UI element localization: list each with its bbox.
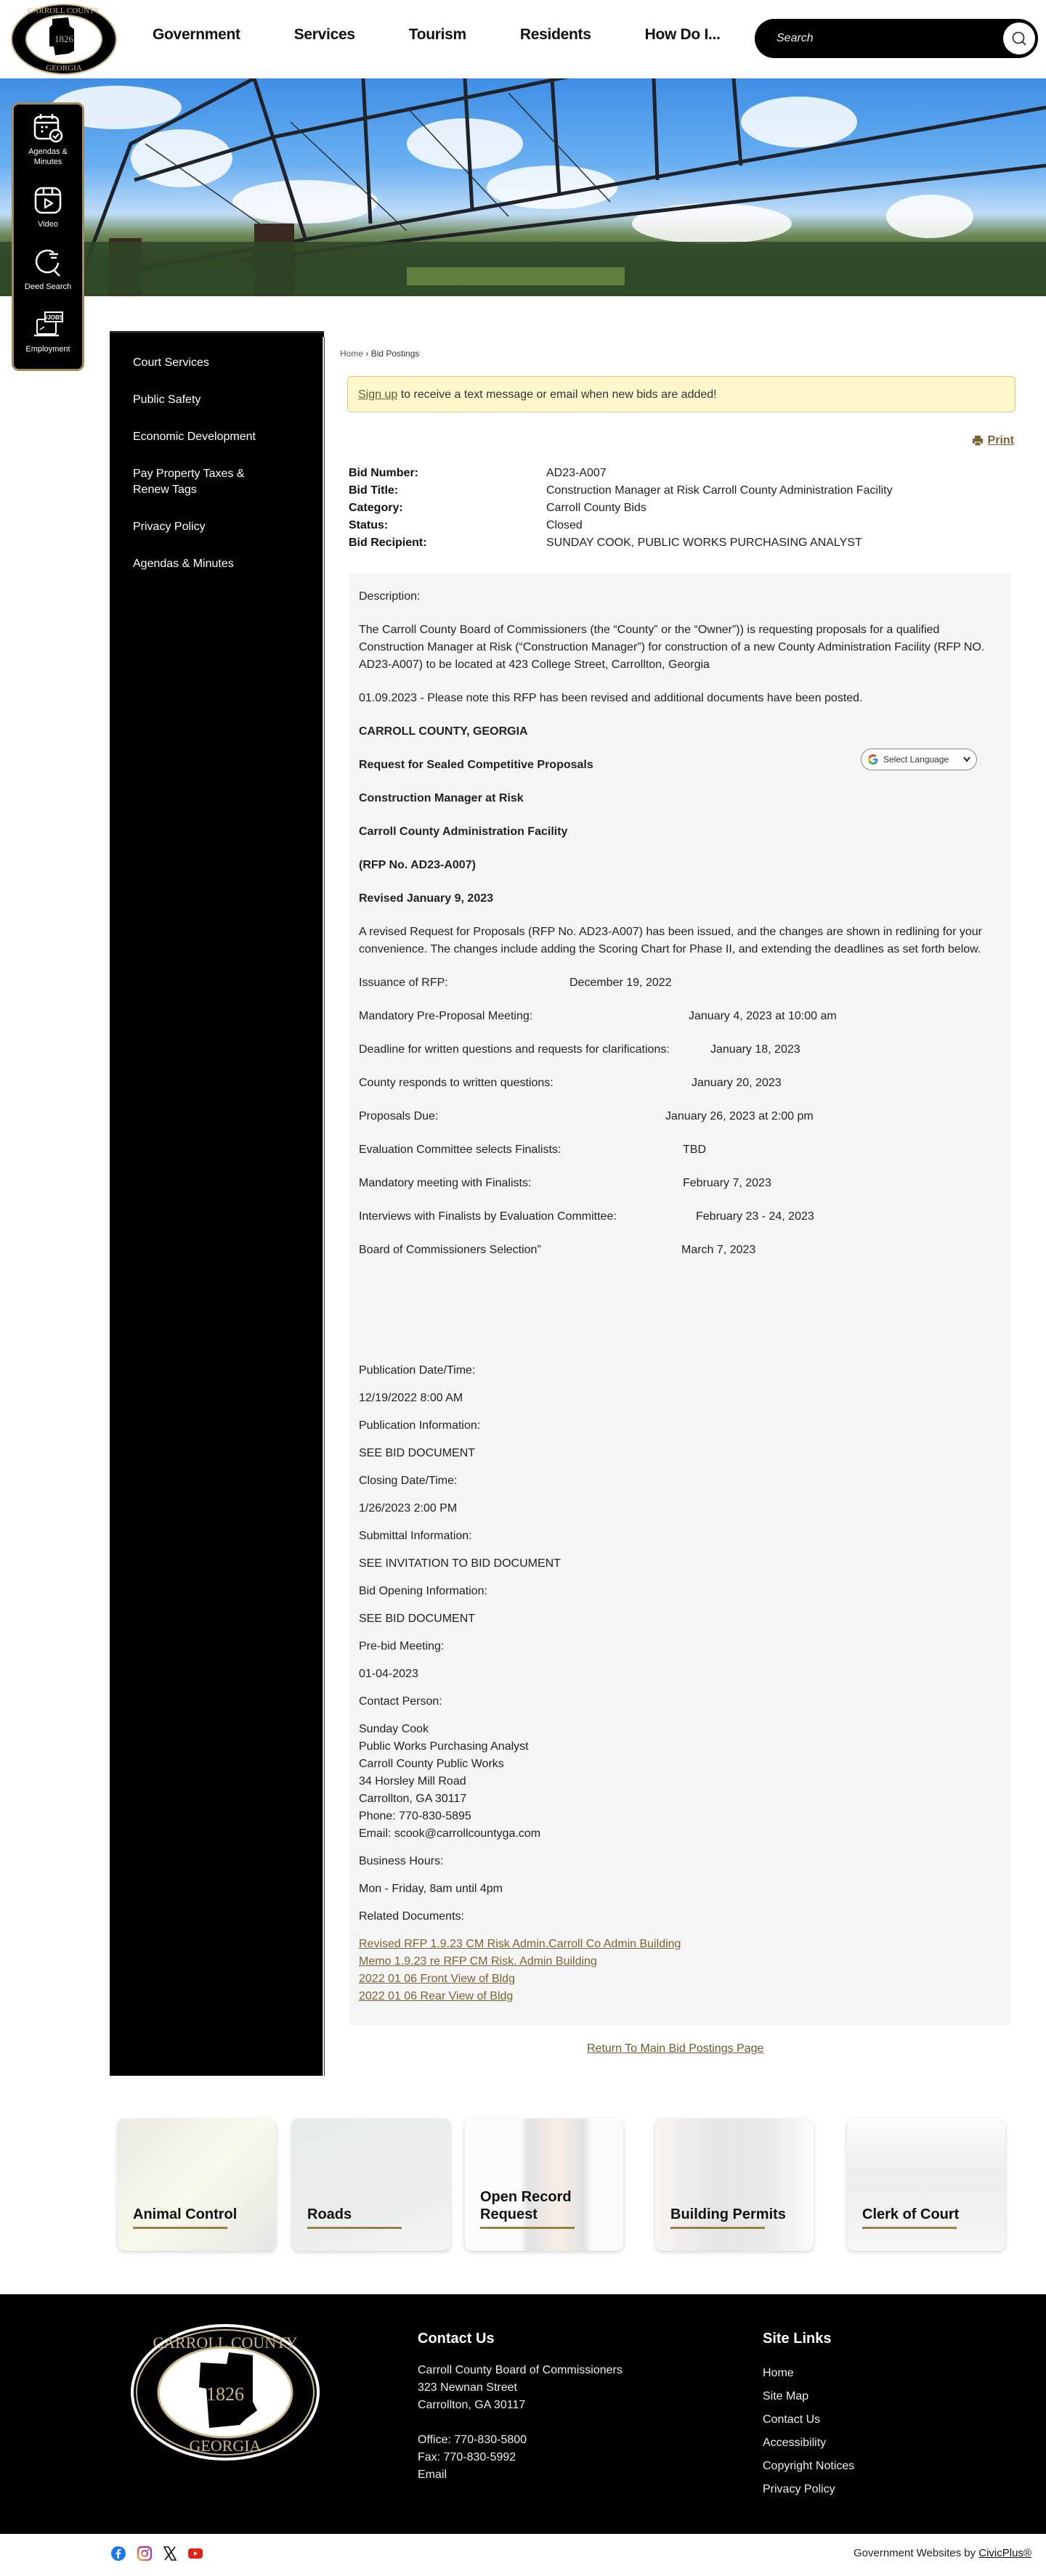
alert-text: to receive a text message or email when …	[397, 388, 716, 401]
schedule-value: January 26, 2023 at 2:00 pm	[665, 1108, 814, 1125]
schedule-value: March 7, 2023	[681, 1242, 755, 1259]
description-label: Description:	[359, 588, 1001, 606]
bid-field-row: Bid Title:Construction Manager at Risk C…	[349, 482, 1017, 500]
bid-field-row: Bid Recipient:SUNDAY COOK, PUBLIC WORKS …	[349, 534, 1017, 552]
schedule-value: February 23 - 24, 2023	[696, 1208, 814, 1226]
pre-bid-meeting-label: Pre-bid Meeting:	[359, 1638, 1001, 1655]
breadcrumb-home[interactable]: Home	[340, 349, 363, 359]
footer-link-contact-us[interactable]: Contact Us	[763, 2408, 854, 2432]
heading-revised-date: Revised January 9, 2023	[359, 890, 1001, 908]
schedule-value: January 4, 2023 at 10:00 am	[689, 1008, 837, 1025]
nav-government[interactable]: Government	[153, 26, 240, 44]
bottom-bar: Government Websites by CivicPlus®	[0, 2534, 1046, 2576]
spacer	[418, 2414, 623, 2432]
breadcrumb-current: Bid Postings	[371, 349, 420, 359]
print-button[interactable]: Print	[972, 434, 1014, 447]
tile-open-record-request[interactable]: Open Record Request	[465, 2119, 623, 2251]
contact-department: Carroll County Public Works	[359, 1756, 1001, 1773]
county-seal-logo[interactable]: 1826 CARROLL COUNTY GEORGIA	[10, 3, 118, 76]
field-label: Bid Title:	[349, 482, 546, 500]
contact-title: Public Works Purchasing Analyst	[359, 1738, 1001, 1756]
search-icon	[1011, 30, 1027, 46]
sidebar-nav: Court Services Public Safety Economic De…	[110, 331, 324, 2076]
schedule-value: January 18, 2023	[710, 1041, 800, 1059]
breadcrumb: Home › Bid Postings	[340, 349, 1015, 359]
publication-date-value: 12/19/2022 8:00 AM	[359, 1390, 1001, 1407]
tile-underline	[307, 2227, 402, 2229]
site-links-heading: Site Links	[763, 2331, 854, 2347]
search-input[interactable]	[777, 29, 980, 48]
site-header: 1826 CARROLL COUNTY GEORGIA Government S…	[0, 0, 1046, 78]
description-intro: The Carroll County Board of Commissioner…	[359, 621, 1001, 674]
tile-roads[interactable]: Roads	[292, 2119, 450, 2251]
sidebar-item-agendas-minutes[interactable]: Agendas & Minutes	[110, 556, 324, 572]
schedule-label: Board of Commissioners Selection”	[359, 1242, 681, 1259]
contact-city: Carrollton, GA 30117	[418, 2397, 623, 2414]
contact-person-label: Contact Person:	[359, 1693, 1001, 1711]
bid-field-row: Category:Carroll County Bids	[349, 500, 1017, 517]
business-hours-label: Business Hours:	[359, 1853, 1001, 1870]
schedule-label: County responds to written questions:	[359, 1075, 692, 1092]
schedule-row: Issuance of RFP:December 19, 2022	[359, 974, 1001, 992]
powered-prefix: Government Websites by	[854, 2547, 978, 2559]
contact-person-details: Sunday Cook Public Works Purchasing Anal…	[359, 1721, 1001, 1843]
video-play-icon	[32, 184, 64, 216]
bid-field-row: Bid Number:AD23-A007	[349, 465, 1017, 482]
bid-number-value: AD23-A007	[546, 465, 607, 482]
svg-text:1826: 1826	[54, 33, 74, 44]
contact-email: Email: scook@carrollcountyga.com	[359, 1825, 1001, 1843]
instagram-icon[interactable]	[137, 2546, 153, 2561]
tile-clerk-of-court[interactable]: Clerk of Court	[847, 2119, 1005, 2251]
schedule-row: Board of Commissioners Selection”March 7…	[359, 1242, 1001, 1259]
contact-fax: Fax: 770-830-5992	[418, 2449, 623, 2466]
schedule-row: County responds to written questions:Jan…	[359, 1075, 1001, 1092]
contact-street: 323 Newnan Street	[418, 2379, 623, 2397]
youtube-icon[interactable]	[187, 2546, 203, 2561]
contact-heading: Contact Us	[418, 2331, 623, 2347]
tile-underline	[480, 2227, 575, 2229]
tile-animal-control[interactable]: Animal Control	[118, 2119, 276, 2251]
schedule-label: Proposals Due:	[359, 1108, 665, 1125]
document-link[interactable]: 2022 01 06 Rear View of Bldg	[359, 1988, 1001, 2005]
revision-text: A revised Request for Proposals (RFP No.…	[359, 924, 1001, 958]
schedule-value: December 19, 2022	[569, 974, 672, 992]
main-content: Home › Bid Postings Sign up to receive a…	[340, 349, 1015, 412]
document-link[interactable]: Revised RFP 1.9.23 CM Risk Admin.Carroll…	[359, 1936, 1001, 1953]
schedule-label: Issuance of RFP:	[359, 974, 569, 992]
return-to-bid-postings-link[interactable]: Return To Main Bid Postings Page	[587, 2042, 763, 2055]
nav-tourism[interactable]: Tourism	[409, 26, 466, 44]
contact-city: Carrollton, GA 30117	[359, 1790, 1001, 1808]
field-label: Bid Number:	[349, 465, 546, 482]
category-value: Carroll County Bids	[546, 500, 646, 517]
jobs-laptop-icon: #JOBS	[32, 309, 64, 341]
tile-underline	[862, 2227, 957, 2229]
quick-link-label: Employment	[25, 345, 70, 354]
schedule-row: Evaluation Committee selects Finalists:T…	[359, 1141, 1001, 1159]
sidebar-item-privacy-policy[interactable]: Privacy Policy	[110, 519, 324, 535]
quick-link-label: Agendas & Minutes	[28, 147, 68, 166]
document-link[interactable]: 2022 01 06 Front View of Bldg	[359, 1970, 1001, 1988]
sidebar-item-economic-development[interactable]: Economic Development	[110, 429, 324, 445]
svg-text:GEORGIA: GEORGIA	[46, 64, 82, 73]
social-links	[110, 2546, 203, 2561]
powered-by: Government Websites by CivicPlus®	[854, 2547, 1031, 2559]
schedule-value: February 7, 2023	[683, 1175, 771, 1192]
publication-info-label: Publication Information:	[359, 1417, 1001, 1435]
tile-title: Building Permits	[670, 2206, 801, 2223]
heading-rfp-number: (RFP No. AD23-A007)	[359, 857, 1001, 874]
business-hours-value: Mon - Friday, 8am until 4pm	[359, 1880, 1001, 1898]
schedule-label: Deadline for written questions and reque…	[359, 1041, 710, 1059]
svg-text:1826: 1826	[206, 2384, 244, 2405]
svg-text:CARROLL COUNTY: CARROLL COUNTY	[153, 2334, 297, 2352]
breadcrumb-separator: ›	[365, 349, 368, 359]
status-value: Closed	[546, 517, 583, 534]
schedule-value: January 20, 2023	[692, 1075, 782, 1092]
footer-link-privacy[interactable]: Privacy Policy	[763, 2478, 854, 2501]
footer-link-copyright[interactable]: Copyright Notices	[763, 2455, 854, 2478]
footer-link-site-map[interactable]: Site Map	[763, 2385, 854, 2408]
x-icon[interactable]	[163, 2546, 177, 2561]
nav-residents[interactable]: Residents	[520, 26, 591, 44]
site-footer: 1826 CARROLL COUNTY GEORGIA Contact Us C…	[0, 2294, 1046, 2534]
heading-cm-risk: Construction Manager at Risk	[359, 790, 1001, 807]
schedule-label: Interviews with Finalists by Evaluation …	[359, 1208, 696, 1226]
civicplus-link[interactable]: CivicPlus®	[978, 2547, 1031, 2559]
quick-links-panel: Agendas & Minutes Video Deed Search #JOB…	[12, 102, 84, 371]
svg-text:GEORGIA: GEORGIA	[190, 2437, 261, 2455]
closing-date-label: Closing Date/Time:	[359, 1472, 1001, 1490]
facebook-icon[interactable]	[110, 2546, 126, 2561]
quick-link-label: Video	[38, 220, 58, 229]
schedule-row: Mandatory meeting with Finalists:Februar…	[359, 1175, 1001, 1192]
contact-name: Sunday Cook	[359, 1721, 1001, 1738]
hero-banner-bridge-image	[0, 78, 1046, 296]
bid-field-row: Status:Closed	[349, 517, 1017, 534]
deed-search-icon	[32, 247, 64, 279]
chevron-down-icon	[963, 757, 970, 762]
submittal-info-label: Submittal Information:	[359, 1528, 1001, 1545]
svg-text:CARROLL COUNTY: CARROLL COUNTY	[28, 7, 100, 15]
sidebar-item-public-safety[interactable]: Public Safety	[110, 392, 324, 408]
publication-date-label: Publication Date/Time:	[359, 1362, 1001, 1379]
schedule-row: Interviews with Finalists by Evaluation …	[359, 1208, 1001, 1226]
nav-services[interactable]: Services	[294, 26, 355, 44]
contact-email-link[interactable]: Email	[418, 2466, 623, 2484]
footer-contact: Contact Us Carroll County Board of Commi…	[418, 2331, 623, 2484]
tile-title: Open Record Request	[480, 2188, 611, 2223]
main-nav: Government Services Tourism Residents Ho…	[153, 26, 774, 44]
tile-underline	[670, 2227, 765, 2229]
print-label: Print	[988, 434, 1014, 447]
schedule-label: Mandatory Pre-Proposal Meeting:	[359, 1008, 689, 1025]
signup-alert: Sign up to receive a text message or ema…	[347, 376, 1015, 412]
sidebar-item-pay-property-taxes[interactable]: Pay Property Taxes & Renew Tags	[110, 466, 255, 498]
schedule-row: Proposals Due:January 26, 2023 at 2:00 p…	[359, 1108, 1001, 1125]
schedule-row: Deadline for written questions and reque…	[359, 1041, 1001, 1059]
select-language-label: Select Language	[883, 754, 963, 765]
nav-how-do-i[interactable]: How Do I...	[645, 26, 721, 44]
printer-icon	[972, 435, 984, 447]
closing-date-value: 1/26/2023 2:00 PM	[359, 1500, 1001, 1517]
tile-title: Animal Control	[133, 2206, 264, 2223]
bid-title-value: Construction Manager at Risk Carroll Cou…	[546, 482, 893, 500]
sidebar-divider	[322, 337, 325, 2076]
description-note: 01.09.2023 - Please note this RFP has be…	[359, 690, 1001, 707]
field-label: Bid Recipient:	[349, 534, 546, 552]
schedule-value: TBD	[683, 1141, 706, 1159]
contact-org: Carroll County Board of Commissioners	[418, 2362, 623, 2379]
quick-link-agendas[interactable]: Agendas & Minutes	[14, 112, 82, 167]
pre-bid-meeting-value: 01-04-2023	[359, 1666, 1001, 1683]
search-button[interactable]	[1003, 23, 1035, 54]
description-panel: Description: The Carroll County Board of…	[349, 574, 1011, 2026]
sidebar-item-court-services[interactable]: Court Services	[110, 355, 324, 371]
signup-link[interactable]: Sign up	[358, 388, 397, 401]
footer-link-home[interactable]: Home	[763, 2362, 854, 2385]
heading-facility: Carroll County Administration Facility	[359, 823, 1001, 841]
quick-link-deed-search[interactable]: Deed Search	[14, 247, 82, 292]
contact-office-phone: Office: 770-830-5800	[418, 2432, 623, 2449]
spacer	[359, 1275, 1001, 1362]
related-documents-list: Revised RFP 1.9.23 CM Risk Admin.Carroll…	[359, 1936, 1001, 2005]
svg-text:#JOBS: #JOBS	[44, 314, 64, 321]
calendar-check-icon	[32, 112, 64, 144]
bid-opening-value: SEE BID DOCUMENT	[359, 1610, 1001, 1628]
google-g-icon	[867, 754, 879, 765]
publication-info-value: SEE BID DOCUMENT	[359, 1445, 1001, 1462]
schedule-label: Mandatory meeting with Finalists:	[359, 1175, 683, 1192]
submittal-info-value: SEE INVITATION TO BID DOCUMENT	[359, 1555, 1001, 1573]
search-box	[755, 19, 1038, 58]
field-label: Category:	[349, 500, 546, 517]
bid-fields: Bid Number:AD23-A007 Bid Title:Construct…	[349, 465, 1017, 552]
tile-underline	[133, 2227, 227, 2229]
quick-link-employment[interactable]: #JOBS Employment	[14, 309, 82, 354]
tile-title: Roads	[307, 2206, 438, 2223]
select-language-dropdown[interactable]: Select Language	[861, 749, 977, 770]
tile-building-permits[interactable]: Building Permits	[655, 2119, 814, 2251]
quick-link-label: Deed Search	[25, 282, 71, 291]
footer-county-seal: 1826 CARROLL COUNTY GEORGIA	[131, 2323, 320, 2461]
schedule-label: Evaluation Committee selects Finalists:	[359, 1141, 683, 1159]
footer-link-accessibility[interactable]: Accessibility	[763, 2432, 854, 2455]
field-label: Status:	[349, 517, 546, 534]
quick-link-video[interactable]: Video	[14, 184, 82, 229]
heading-county: CARROLL COUNTY, GEORGIA	[359, 723, 1001, 741]
tile-title: Clerk of Court	[862, 2206, 993, 2223]
bid-recipient-value: SUNDAY COOK, PUBLIC WORKS PURCHASING ANA…	[546, 534, 862, 552]
contact-street: 34 Horsley Mill Road	[359, 1773, 1001, 1790]
related-documents-label: Related Documents:	[359, 1908, 1001, 1925]
footer-site-links: Site Links Home Site Map Contact Us Acce…	[763, 2331, 854, 2501]
schedule-row: Mandatory Pre-Proposal Meeting:January 4…	[359, 1008, 1001, 1025]
document-link[interactable]: Memo 1.9.23 re RFP CM Risk. Admin Buildi…	[359, 1953, 1001, 1970]
bid-opening-label: Bid Opening Information:	[359, 1583, 1001, 1600]
contact-phone: Phone: 770-830-5895	[359, 1808, 1001, 1825]
